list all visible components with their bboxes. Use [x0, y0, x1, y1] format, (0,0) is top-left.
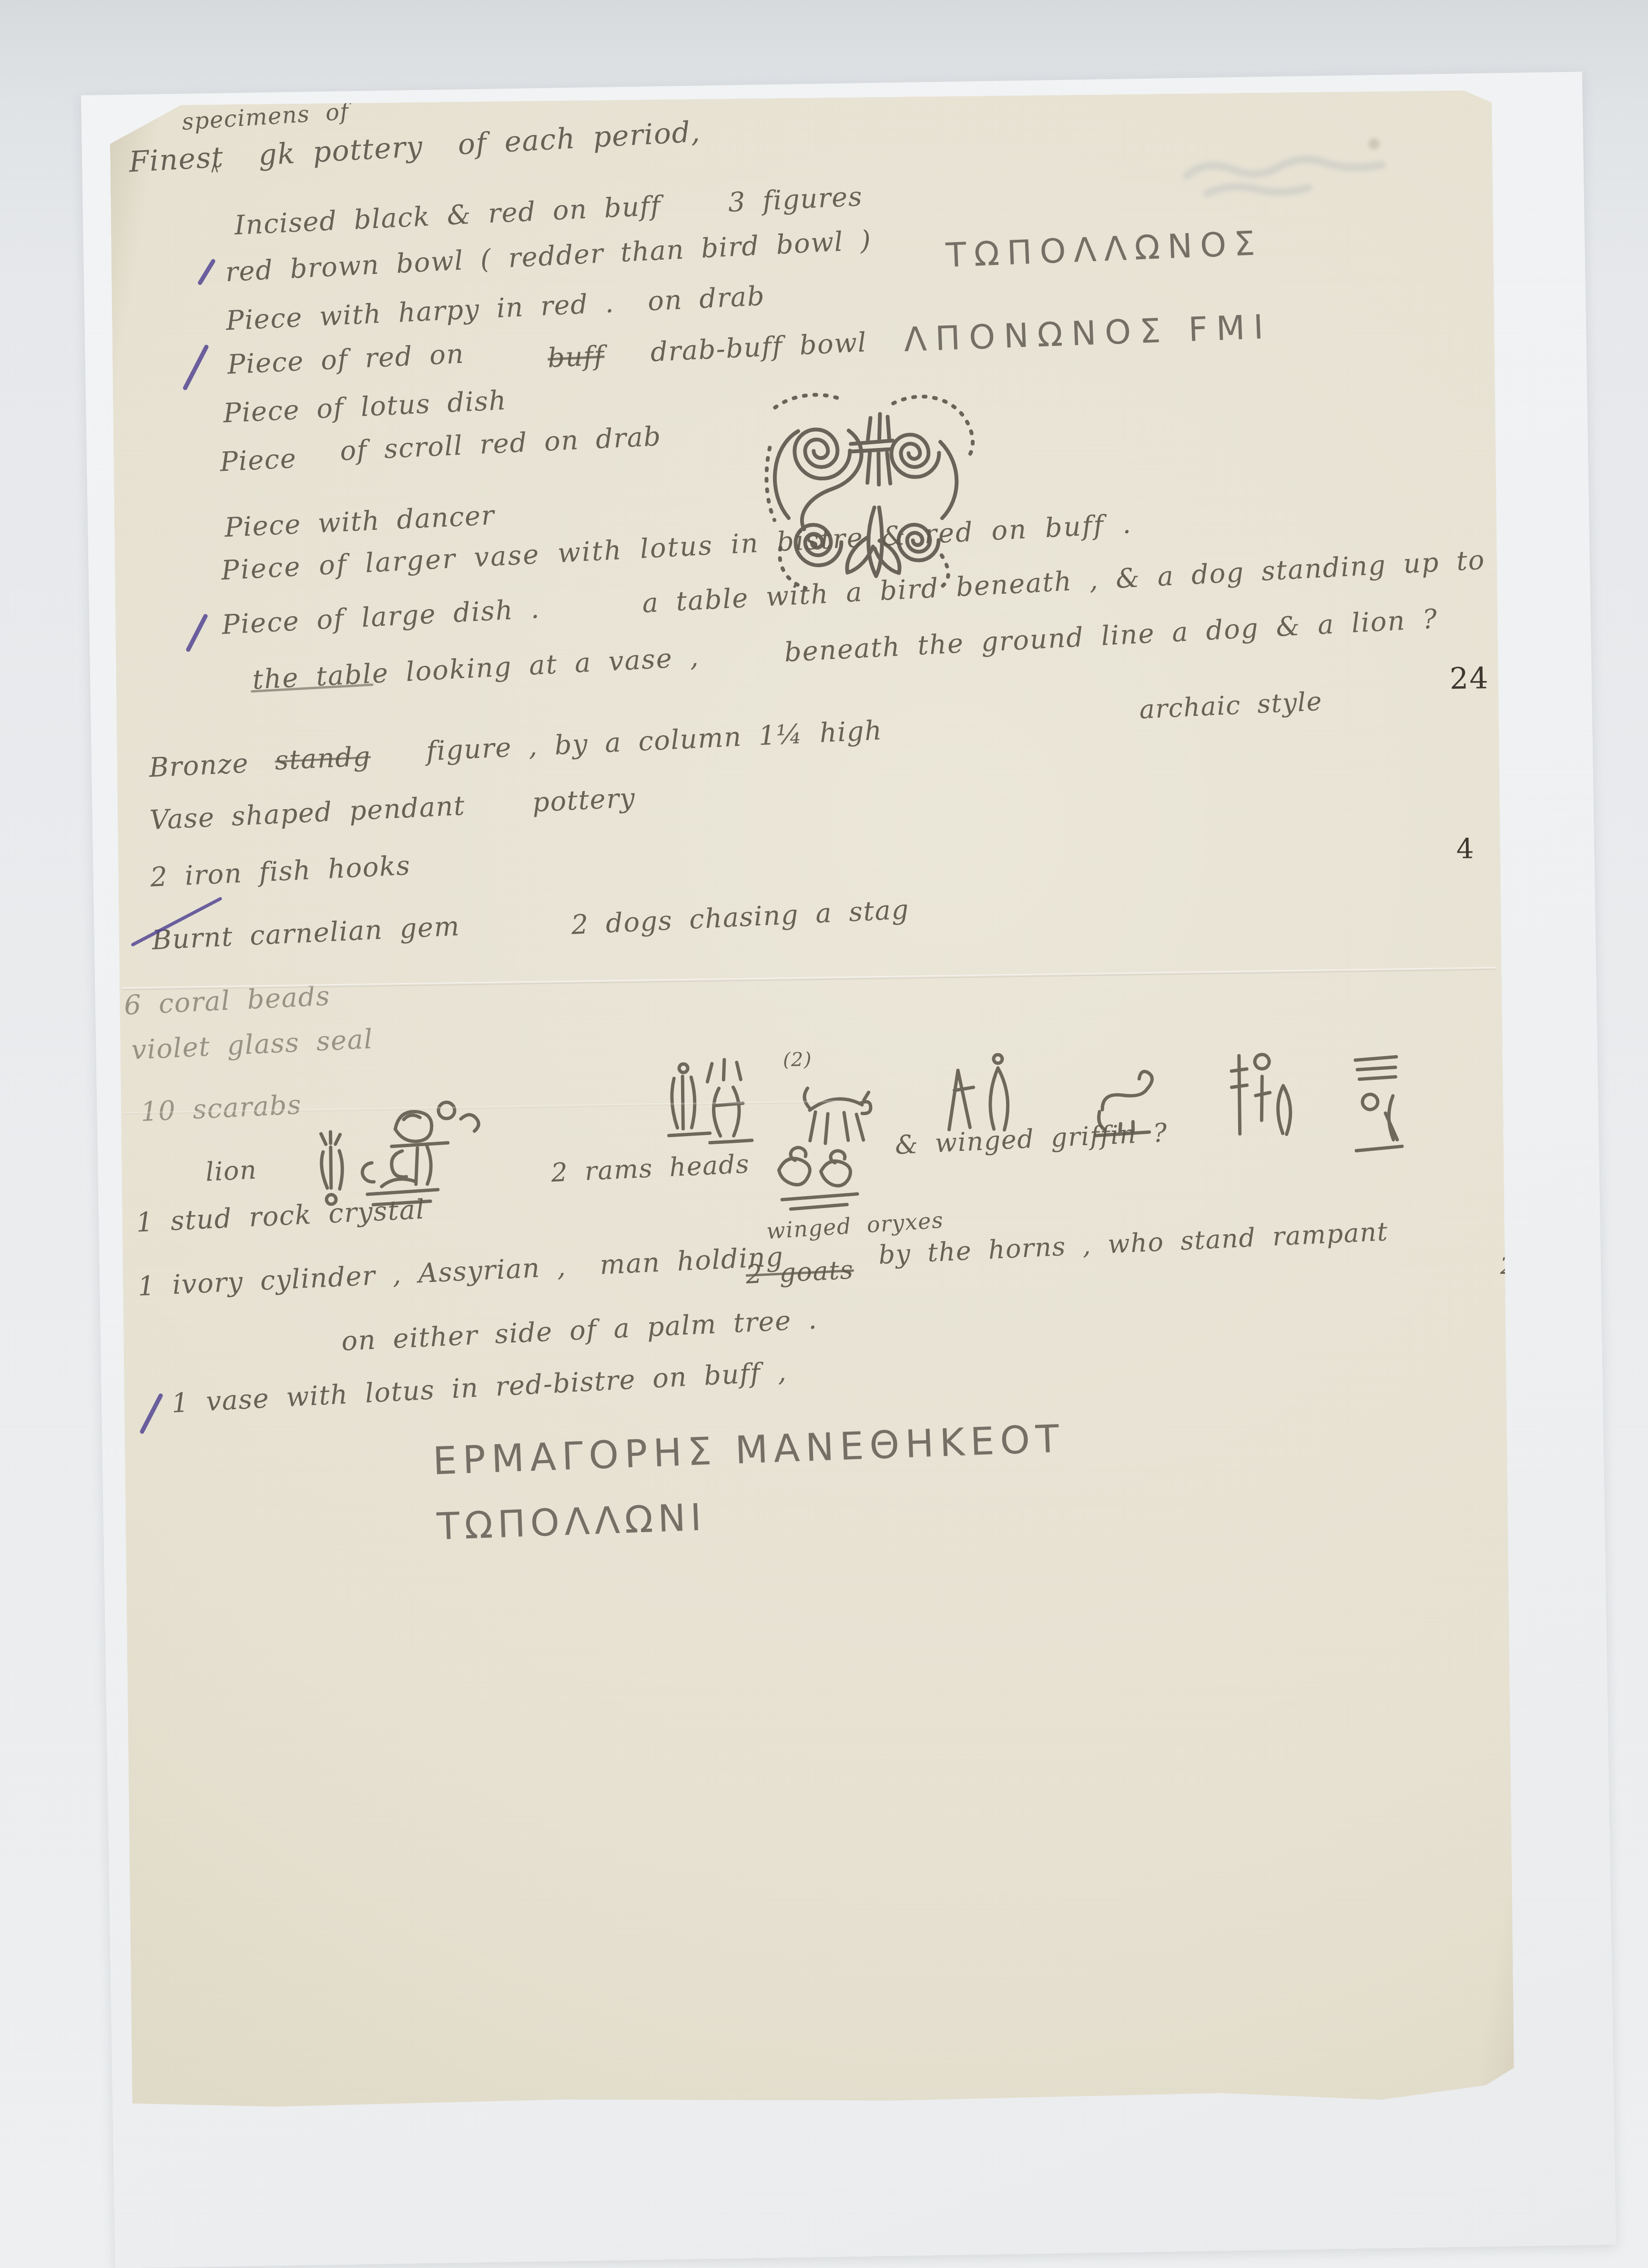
line-vase-pendant: Vase shaped pendant pottery [149, 783, 636, 835]
line-vase-lotus-redbistre: 1 vase with lotus in red-bistre on buff … [171, 1357, 788, 1418]
greek-topolloni: ΤΩΠΟΛΛΩΝΙ [436, 1497, 707, 1548]
greek-topollonos: ΤΩΠΟΛΛΩΝΟΣ [945, 225, 1263, 274]
scanned-document-page: specimens of∧Finest gk pottery of each p… [0, 0, 1648, 2268]
blue-tick-vase-lotus [139, 1393, 163, 1434]
margin-number-4: 4 [1456, 834, 1475, 864]
greek-hermagores-anetheke: ΕΡΜΑΓΟΡΗΣ ΜΑΝΕΘΗΚΕΟΤ [432, 1418, 1066, 1482]
line-carnelian-gem-b: 2 dogs chasing a stag [570, 895, 910, 940]
scroll-volute-ornament-sketch [750, 388, 977, 595]
ghost-showthrough [1178, 129, 1398, 203]
word-struck-buff: buff [547, 341, 605, 373]
greek-apollonos-emi: ΛΠΟΝΩΝΟΣ FΜΙ [903, 308, 1272, 358]
rams-heads-sketch [767, 1138, 873, 1215]
line-ten-scarabs: 10 scarabs [140, 1090, 303, 1127]
line-lotus-dish: Piece of lotus dish [223, 386, 507, 428]
line-red-on-drabbuff-a: Piece of red on [227, 339, 465, 380]
margin-number-24: 24 [1449, 662, 1489, 695]
line-ivory-cylinder-b: by the horns , who stand rampant [878, 1217, 1389, 1269]
line-bronze-figure-a: Bronze [148, 749, 249, 783]
note-count-2: (2) [783, 1049, 813, 1070]
line-stud-rock-crystal: 1 stud rock crystal [135, 1195, 426, 1238]
blue-tick-large-dish [185, 613, 208, 652]
line-iron-fishhooks: 2 iron fish hooks [150, 851, 411, 893]
blue-tick-red-on-drabbuff [182, 344, 209, 391]
line-scroll-piece-b: of scroll red on drab [339, 422, 662, 466]
fold-crease-upper [122, 967, 1496, 990]
line-harpy: Piece with harpy in red . on drab [225, 282, 766, 336]
notes-paper-sheet: specimens of∧Finest gk pottery of each p… [110, 90, 1515, 2126]
line-scroll-piece-a: Piece [219, 444, 297, 477]
blue-tick-redbrown-bowl [197, 258, 216, 286]
line-red-on-drabbuff-b: drab-buff bowl [650, 328, 868, 367]
line-ivory-cylinder-a: 1 ivory cylinder , Assyrian , man holdin… [137, 1242, 784, 1302]
line-archaic-style: archaic style [1139, 687, 1323, 724]
line-dancer: Piece with dancer [224, 501, 496, 543]
line-lion: lion [205, 1156, 257, 1186]
line-carnelian-gem-a: Burnt carnelian gem [152, 912, 461, 955]
word-struck-2goats: 2 goats [745, 1256, 855, 1289]
word-struck-standg: standg [274, 742, 371, 776]
line-bronze-figure-b: figure , by a column 1¼ high [426, 716, 883, 766]
line-palm-tree: on either side of a palm tree . [341, 1305, 818, 1356]
